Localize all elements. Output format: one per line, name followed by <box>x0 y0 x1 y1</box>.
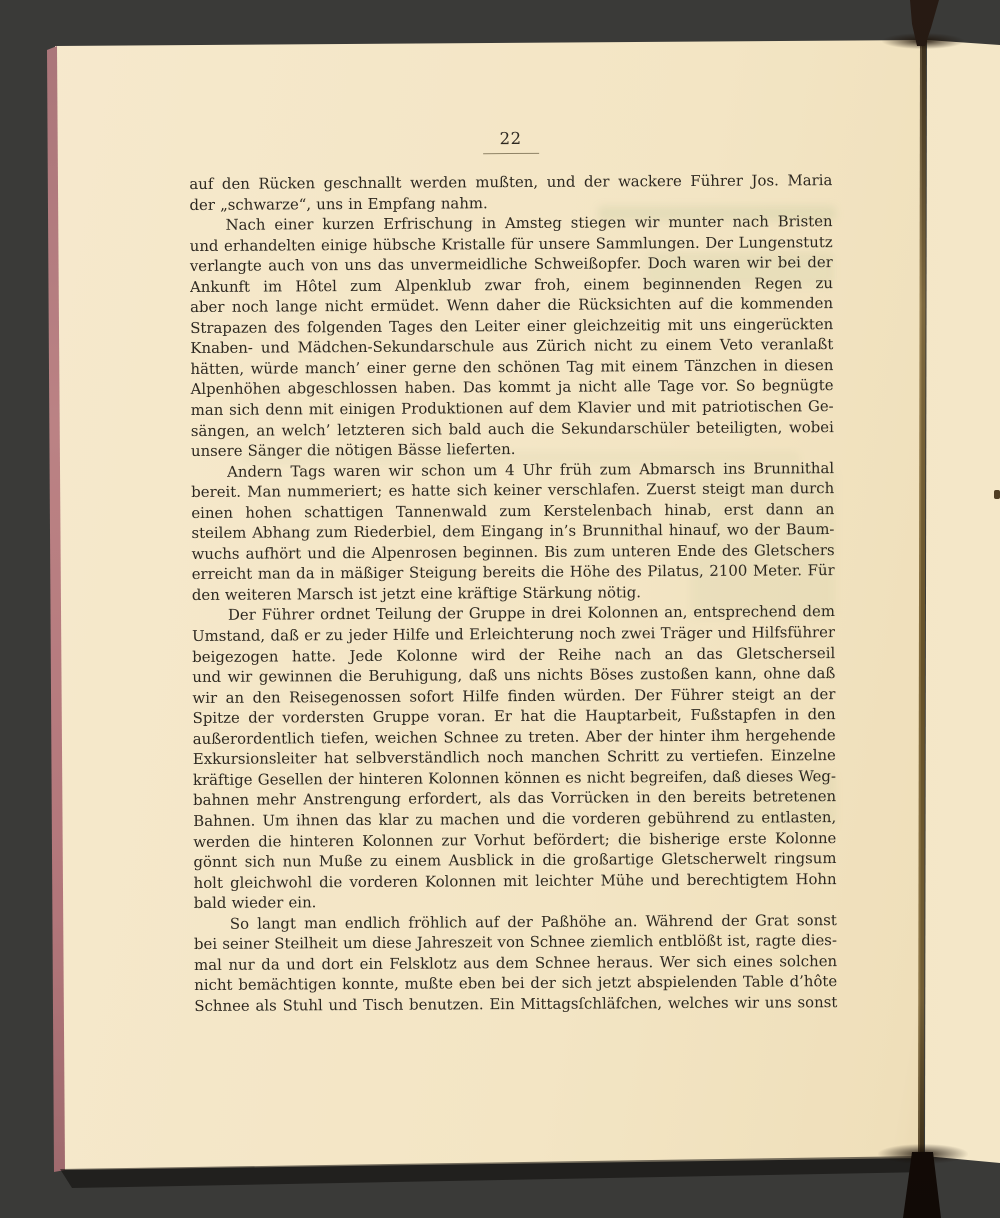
text-line: Schnee als Stuhl und Tisch benutzen. Ein… <box>194 992 837 1016</box>
text-line: erreicht man da in mäßiger Steigung bere… <box>192 560 835 584</box>
text-line: holt gleichwohl die vorderen Kolonnen mi… <box>194 869 837 893</box>
paper-speck <box>994 490 1000 499</box>
book-photograph: 22 auf den Rücken geschnallt werden mußt… <box>0 0 1000 1218</box>
text-line: auf den Rücken geschnallt werden mußten,… <box>189 170 832 194</box>
page-content: 22 auf den Rücken geschnallt werden mußt… <box>189 127 837 1016</box>
page-number: 22 <box>189 127 832 150</box>
text-line: sängen, an welch’ letzteren sich bald au… <box>191 417 834 441</box>
page-number-rule <box>483 153 539 154</box>
page-text: auf den Rücken geschnallt werden mußten,… <box>189 170 837 1016</box>
